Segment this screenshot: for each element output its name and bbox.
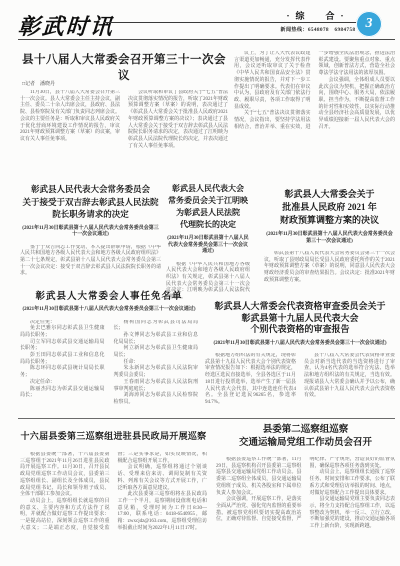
list-item: 彭玉田同志彰武县工业和信息化局局长职务；: [20, 353, 105, 366]
body-paragraph: 11月30日，县十八届人大常委会召开第三十一次会议。县人大常委会主任主持会议，副…: [20, 90, 120, 144]
list-item: 陈丽杰同志为彰武县交通运输局局长；: [20, 387, 105, 400]
article-headline: 十六届县委第三巡察组进驻县民政局开展巡察: [20, 429, 207, 442]
list-item: 杨树国同志为彰武县司法局局长；: [114, 320, 199, 333]
list-item: 刘海涛同志为彰武县人民检察院检察员。: [114, 393, 199, 406]
decision-budget: 彰武县人大常委会关于 批准县人民政府 2021 年 财政预算调整方案的决议 (2…: [264, 188, 395, 293]
article-body: 根据县委巡察工作统一部署，11月29日，县巡察机构召开县委第二巡察组巡察县交通运…: [216, 457, 395, 558]
article-body: 根据县委统一部署，十六届县委第三巡察组于2021年11月26日进驻县民政局开展巡…: [20, 452, 207, 560]
body-paragraph: 会议听取和审议了县政府关于“七五”普法决议贯彻落实情况的报告，听取了2021年财…: [128, 90, 228, 150]
decision-acting-president: 彰武县人民代表大会 常务委员会关于江明映 为彰武县人民法院 代理院长的决定 (2…: [166, 183, 250, 302]
decision-dateline: (2021年11月30日彰武县第十八届人民代表大会常务委员会第三十一次会议通过): [264, 232, 395, 245]
qualification-body: 根据地方组织法的有关规定，现将彰武县第十九届人民代表大会个别代表资格审查情况报告…: [205, 353, 395, 409]
decision-dateline: (2021年11月30日彰武县第十八届人民代表大会常务委员会第三十一次会议通过): [20, 226, 161, 239]
body-paragraph: 县交通运输局党组主要负责同志表示，将全力支持配合巡察组工作，以巡察整改为契机，举…: [310, 497, 396, 531]
appointments-title: 彰武县人大常委会人事任免名单: [20, 288, 198, 302]
decision-title: 彰武县人民代表大会常务委员会 关于接受于双吉辞去彰武县人民法院 院长职务请求的决…: [20, 183, 161, 221]
qualification-report-section: 彰武县人大常委会代表资格审查委员会关于 彰武县第十九届人民代表大会 个别代表资格…: [205, 301, 395, 409]
body-paragraph: 根据县委统一部署，十六届县委第三巡察组于2021年11月26日进驻县民政局开展巡…: [20, 452, 110, 499]
main-article-byline: □记者 潘晓丹: [22, 80, 55, 87]
body-paragraph: 此次县委第三巡察组将在县民政局工作一个半月，巡察期间设值班电话和意见箱，受理时间…: [118, 492, 208, 532]
header-divider-line: [104, 22, 358, 23]
decision-resignation: 彰武县人民代表大会常务委员会 关于接受于双吉辞去彰武县人民法院 院长职务请求的决…: [20, 183, 161, 282]
inspection-transport-article: 县委第二巡察组巡察 交通运输局党组工作动员会召开 根据县委巡察工作统一部署，11…: [216, 424, 395, 558]
inspection-civil-affairs-article: 十六届县委第三巡察组进驻县民政局开展巡察 根据县委统一部署，十六届县委第三巡察组…: [20, 429, 207, 560]
body-paragraph: 根据地方组织法的有关规定，现将彰武县第十九届人民代表大会个别代表资格审查情况报告…: [205, 353, 296, 407]
list-item: 朱永新同志为彰武县人民法院审判委员会委员；: [114, 366, 199, 379]
list-item: 决定任命：: [20, 380, 105, 387]
main-article-body-left: 11月30日，县十八届人大常委会召开第三十一次会议。县人大常委会主任主持会议，副…: [20, 90, 228, 168]
list-item: 孙文博同志为彰武县工业和信息化局局长；: [114, 333, 199, 346]
list-item: 王春雨同志为彰武县人民法院刑事审判庭庭长；: [114, 380, 199, 393]
decision-body: 彰武县第十八届人民代表大会常务委员会第三十一次会议，听取了县财政局局长受县人民政…: [264, 251, 395, 293]
list-item: 司立军同志彰武县交通运输局局长职务；: [20, 340, 105, 353]
page-number-badge: 3: [356, 11, 382, 37]
news-hotline: 新闻热线：6548078 6984758: [266, 26, 370, 33]
qualification-dateline: (2021年11月30日彰武县第十八届人民代表大会常务委员会第三十一次会议通过): [205, 341, 395, 348]
list-item: 何立新同志为彰武县卫生健康局局长；: [114, 346, 199, 359]
decision-title: 彰武县人民代表大会 常务委员会关于江明映 为彰武县人民法院 代理院长的决定: [166, 183, 250, 231]
decision-body: 鉴于于双吉同志工作变动，本人提出辞职申请，根据《中华人民共和国地方各级人民代表大…: [20, 245, 161, 282]
masthead-logo: 彰武时讯: [17, 10, 115, 41]
body-paragraph: 根据县委巡察工作统一部署，11月29日，县巡察机构召开县委第二巡察组巡察县交通运…: [216, 457, 302, 497]
appointments-dateline: (2021年11月30日彰武县第十八届人民代表大会常务委员会第三十一次会议通过): [20, 307, 198, 314]
main-article-body-right: 议上，为了让人大代表议政建言渠道更加畅通，充分发挥代表作用，会议还听取审议了关于…: [234, 51, 395, 168]
body-paragraph: 会议明确，巡察组将通过个别谈话、受理来信来访、调阅复制有关资料、列席有关会议等方…: [118, 465, 208, 492]
body-paragraph: 议上，为了让人大代表议政建言渠道更加畅通，充分发挥代表作用，会议还听取审议了关于…: [234, 51, 311, 111]
decision-dateline: (2021年11月30日彰武县第十八届人民代表大会常务委员会第三十一次会议通过): [166, 236, 250, 256]
section-label: ·综 合·: [266, 9, 370, 22]
qualification-title: 彰武县人大常委会代表资格审查委员会关于 彰武县第十九届人民代表大会 个别代表资格…: [205, 301, 395, 336]
body-paragraph: 会议强调，全体组成人员要以此次会议为契机，把握正确政治方向，围绕中心、服务大局，…: [319, 78, 396, 132]
main-article-headline: 县十八届人大常委会召开第三十一次会议: [20, 51, 228, 83]
body-paragraph: 动员会上，巡察组组长通报了巡察任务、时间安排和工作要求，公布了联系方式和受理信访…: [310, 470, 396, 497]
body-paragraph: 县十八届人大常委会代表资格审查委员会对新当选代表的当选资格进行了审查，认为4名代…: [304, 353, 395, 400]
decision-title: 彰武县人大常委会关于 批准县人民政府 2021 年 财政预算调整方案的决议: [264, 188, 395, 227]
appointments-section: 彰武县人大常委会人事任免名单 (2021年11月30日彰武县第十八届人民代表大会…: [20, 288, 198, 409]
newspaper-page: 彰武时讯 ·综 合· 新闻热线：6548078 6984758 3 县十八届人大…: [0, 0, 400, 566]
list-item: 免去巴雅尔同志彰武县卫生健康局局长职务；: [20, 326, 105, 339]
article-headline: 县委第二巡察组巡察 交通运输局党组工作动员会召开: [216, 424, 395, 450]
section-divider: [18, 418, 395, 419]
header-rule: [18, 39, 395, 40]
appointments-list: 决定任免： 免去巴雅尔同志彰武县卫生健康局局长职务； 司立军同志彰武县交通运输局…: [20, 320, 198, 409]
list-item: 陈志环同志彰武县统计局局长职务；: [20, 366, 105, 379]
